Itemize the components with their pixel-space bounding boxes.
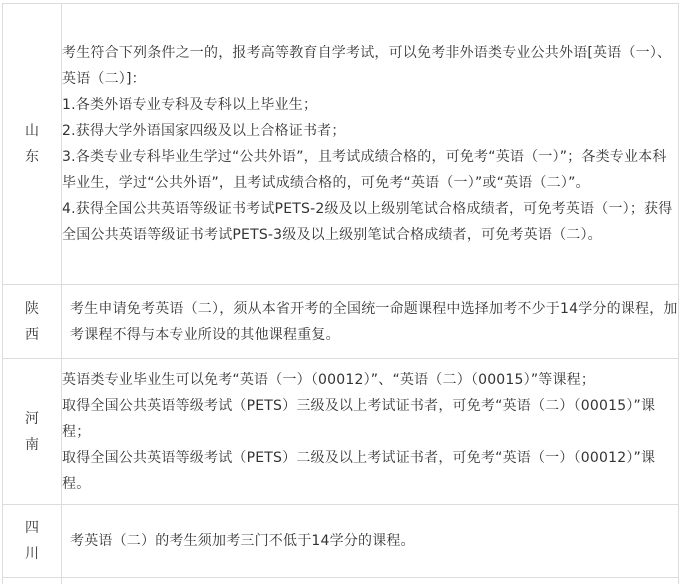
province-cell: 山 东 [3,4,62,285]
table-row-partial [3,578,679,584]
table-row-shaanxi: 陕 西 考生申请免考英语（二），须从本省开考的全国统一命题课程中选择加考不少于1… [3,285,679,359]
policy-line: 1.各类外语专业专科及专科以上毕业生； [62,92,678,118]
policy-line: 取得全国公共英语等级考试（PETS）三级及以上考试证书者，可免考“英语（二）（0… [62,393,678,445]
policy-line: 3.各类专业专科毕业生学过“公共外语”，且考试成绩合格的，可免考“英语（一）”；… [62,144,678,196]
policy-line: 英语类专业毕业生可以免考“英语（一）（00012）”、“英语（二）（00015）… [62,367,678,393]
policy-cell-empty [62,578,679,584]
policy-line: 考生符合下列条件之一的，报考高等教育自学考试，可以免考非外语类专业公共外语[英语… [62,40,678,92]
province-char: 西 [3,322,61,348]
province-cell: 河 南 [3,359,62,505]
exemption-policy-table: 山 东 考生符合下列条件之一的，报考高等教育自学考试，可以免考非外语类专业公共外… [2,3,679,584]
table-row-sichuan: 四 川 考英语（二）的考生须加考三门不低于14学分的课程。 [3,505,679,578]
policy-cell: 考生申请免考英语（二），须从本省开考的全国统一命题课程中选择加考不少于14学分的… [62,285,679,359]
table-row-shandong: 山 东 考生符合下列条件之一的，报考高等教育自学考试，可以免考非外语类专业公共外… [3,4,679,285]
province-cell: 四 川 [3,505,62,578]
policy-line: 考英语（二）的考生须加考三门不低于14学分的课程。 [62,528,678,554]
province-char: 南 [3,432,61,458]
province-char: 东 [3,144,61,170]
province-char: 河 [3,406,61,432]
policy-line: 4.获得全国公共英语等级证书考试PETS-2级及以上级别笔试合格成绩者，可免考英… [62,196,678,248]
province-char: 陕 [3,296,61,322]
province-char: 山 [3,118,61,144]
policy-line: 2.获得大学外语国家四级及以上合格证书者； [62,118,678,144]
province-char: 川 [3,541,61,567]
table-row-henan: 河 南 英语类专业毕业生可以免考“英语（一）（00012）”、“英语（二）（00… [3,359,679,505]
province-cell: 陕 西 [3,285,62,359]
policy-line: 考生申请免考英语（二），须从本省开考的全国统一命题课程中选择加考不少于14学分的… [62,296,678,348]
policy-line: 取得全国公共英语等级考试（PETS）二级及以上考试证书者，可免考“英语（一）（0… [62,445,678,497]
policy-cell: 考生符合下列条件之一的，报考高等教育自学考试，可以免考非外语类专业公共外语[英语… [62,4,679,285]
province-char: 四 [3,515,61,541]
policy-cell: 英语类专业毕业生可以免考“英语（一）（00012）”、“英语（二）（00015）… [62,359,679,505]
province-cell-empty [3,578,62,584]
policy-cell: 考英语（二）的考生须加考三门不低于14学分的课程。 [62,505,679,578]
